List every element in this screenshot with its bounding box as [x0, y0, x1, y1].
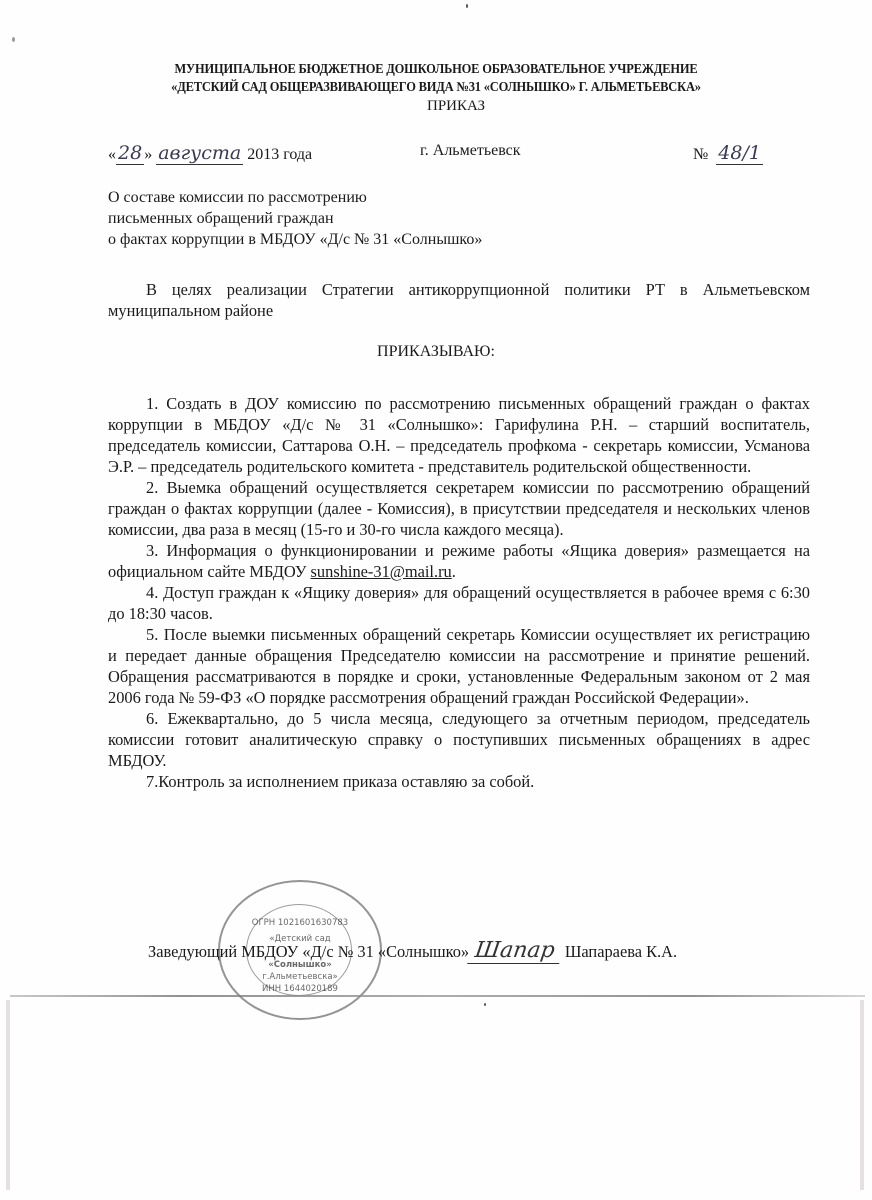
order-city: г. Альметьевск — [420, 142, 521, 160]
preamble: В целях реализации Стратегии антикоррупц… — [108, 279, 810, 321]
scan-page-edge-line — [10, 995, 865, 997]
order-date: «28» августа 2013 года — [108, 142, 312, 164]
document-type-title: ПРИКАЗ — [40, 96, 872, 116]
signatory-name: Шапараева К.А. — [565, 942, 677, 961]
signature-block: Заведующий МБДОУ «Д/с № 31 «Солнышко»Шап… — [148, 938, 677, 964]
order-item-2: 2. Выемка обращений осуществляется секре… — [108, 477, 810, 540]
handwritten-month: августа — [156, 142, 243, 165]
order-number: № 48/1 — [693, 142, 763, 164]
scanned-document-page: МУНИЦИПАЛЬНОЕ БЮДЖЕТНОЕ ДОШКОЛЬНОЕ ОБРАЗ… — [0, 0, 872, 1200]
order-item-1: 1. Создать в ДОУ комиссию по рассмотрени… — [108, 393, 810, 477]
order-item-6: 6. Ежеквартально, до 5 числа месяца, сле… — [108, 708, 810, 771]
scan-right-edge — [860, 1000, 864, 1190]
date-city-number-line: «28» августа 2013 года г. Альметьевск № … — [108, 136, 798, 166]
scan-left-edge — [6, 1000, 10, 1190]
subject-line: О составе комиссии по рассмотрению — [108, 187, 482, 208]
handwritten-order-number: 48/1 — [716, 142, 763, 165]
handwritten-signature: Шапар — [467, 938, 562, 964]
email-link[interactable]: sunshine-31@mail.ru — [311, 562, 452, 581]
subject-line: о фактах коррупции в МБДОУ «Д/с № 31 «Со… — [108, 229, 482, 250]
scan-speck — [484, 1003, 486, 1006]
subject-line: письменных обращений граждан — [108, 208, 482, 229]
order-item-7: 7.Контроль за исполнением приказа оставл… — [108, 771, 810, 792]
organization-name-line1: МУНИЦИПАЛЬНОЕ БЮДЖЕТНОЕ ДОШКОЛЬНОЕ ОБРАЗ… — [31, 60, 842, 78]
order-directive-heading: ПРИКАЗЫВАЮ: — [0, 343, 872, 361]
order-subject: О составе комиссии по рассмотрению письм… — [108, 187, 482, 250]
order-item-3: 3. Информация о функционировании и режим… — [108, 540, 810, 582]
handwritten-day: 28 — [116, 142, 144, 165]
document-header: МУНИЦИПАЛЬНОЕ БЮДЖЕТНОЕ ДОШКОЛЬНОЕ ОБРАЗ… — [0, 60, 872, 116]
order-item-4: 4. Доступ граждан к «Ящику доверия» для … — [108, 582, 810, 624]
scan-speck — [466, 4, 468, 8]
order-item-5: 5. После выемки письменных обращений сек… — [108, 624, 810, 708]
order-items: 1. Создать в ДОУ комиссию по рассмотрени… — [108, 393, 810, 792]
scan-speck — [12, 37, 15, 42]
signatory-position: Заведующий МБДОУ «Д/с № 31 «Солнышко» — [148, 942, 469, 961]
organization-name-line2: «ДЕТСКИЙ САД ОБЩЕРАЗВИВАЮЩЕГО ВИДА №31 «… — [31, 78, 842, 96]
order-year: 2013 года — [247, 146, 312, 163]
